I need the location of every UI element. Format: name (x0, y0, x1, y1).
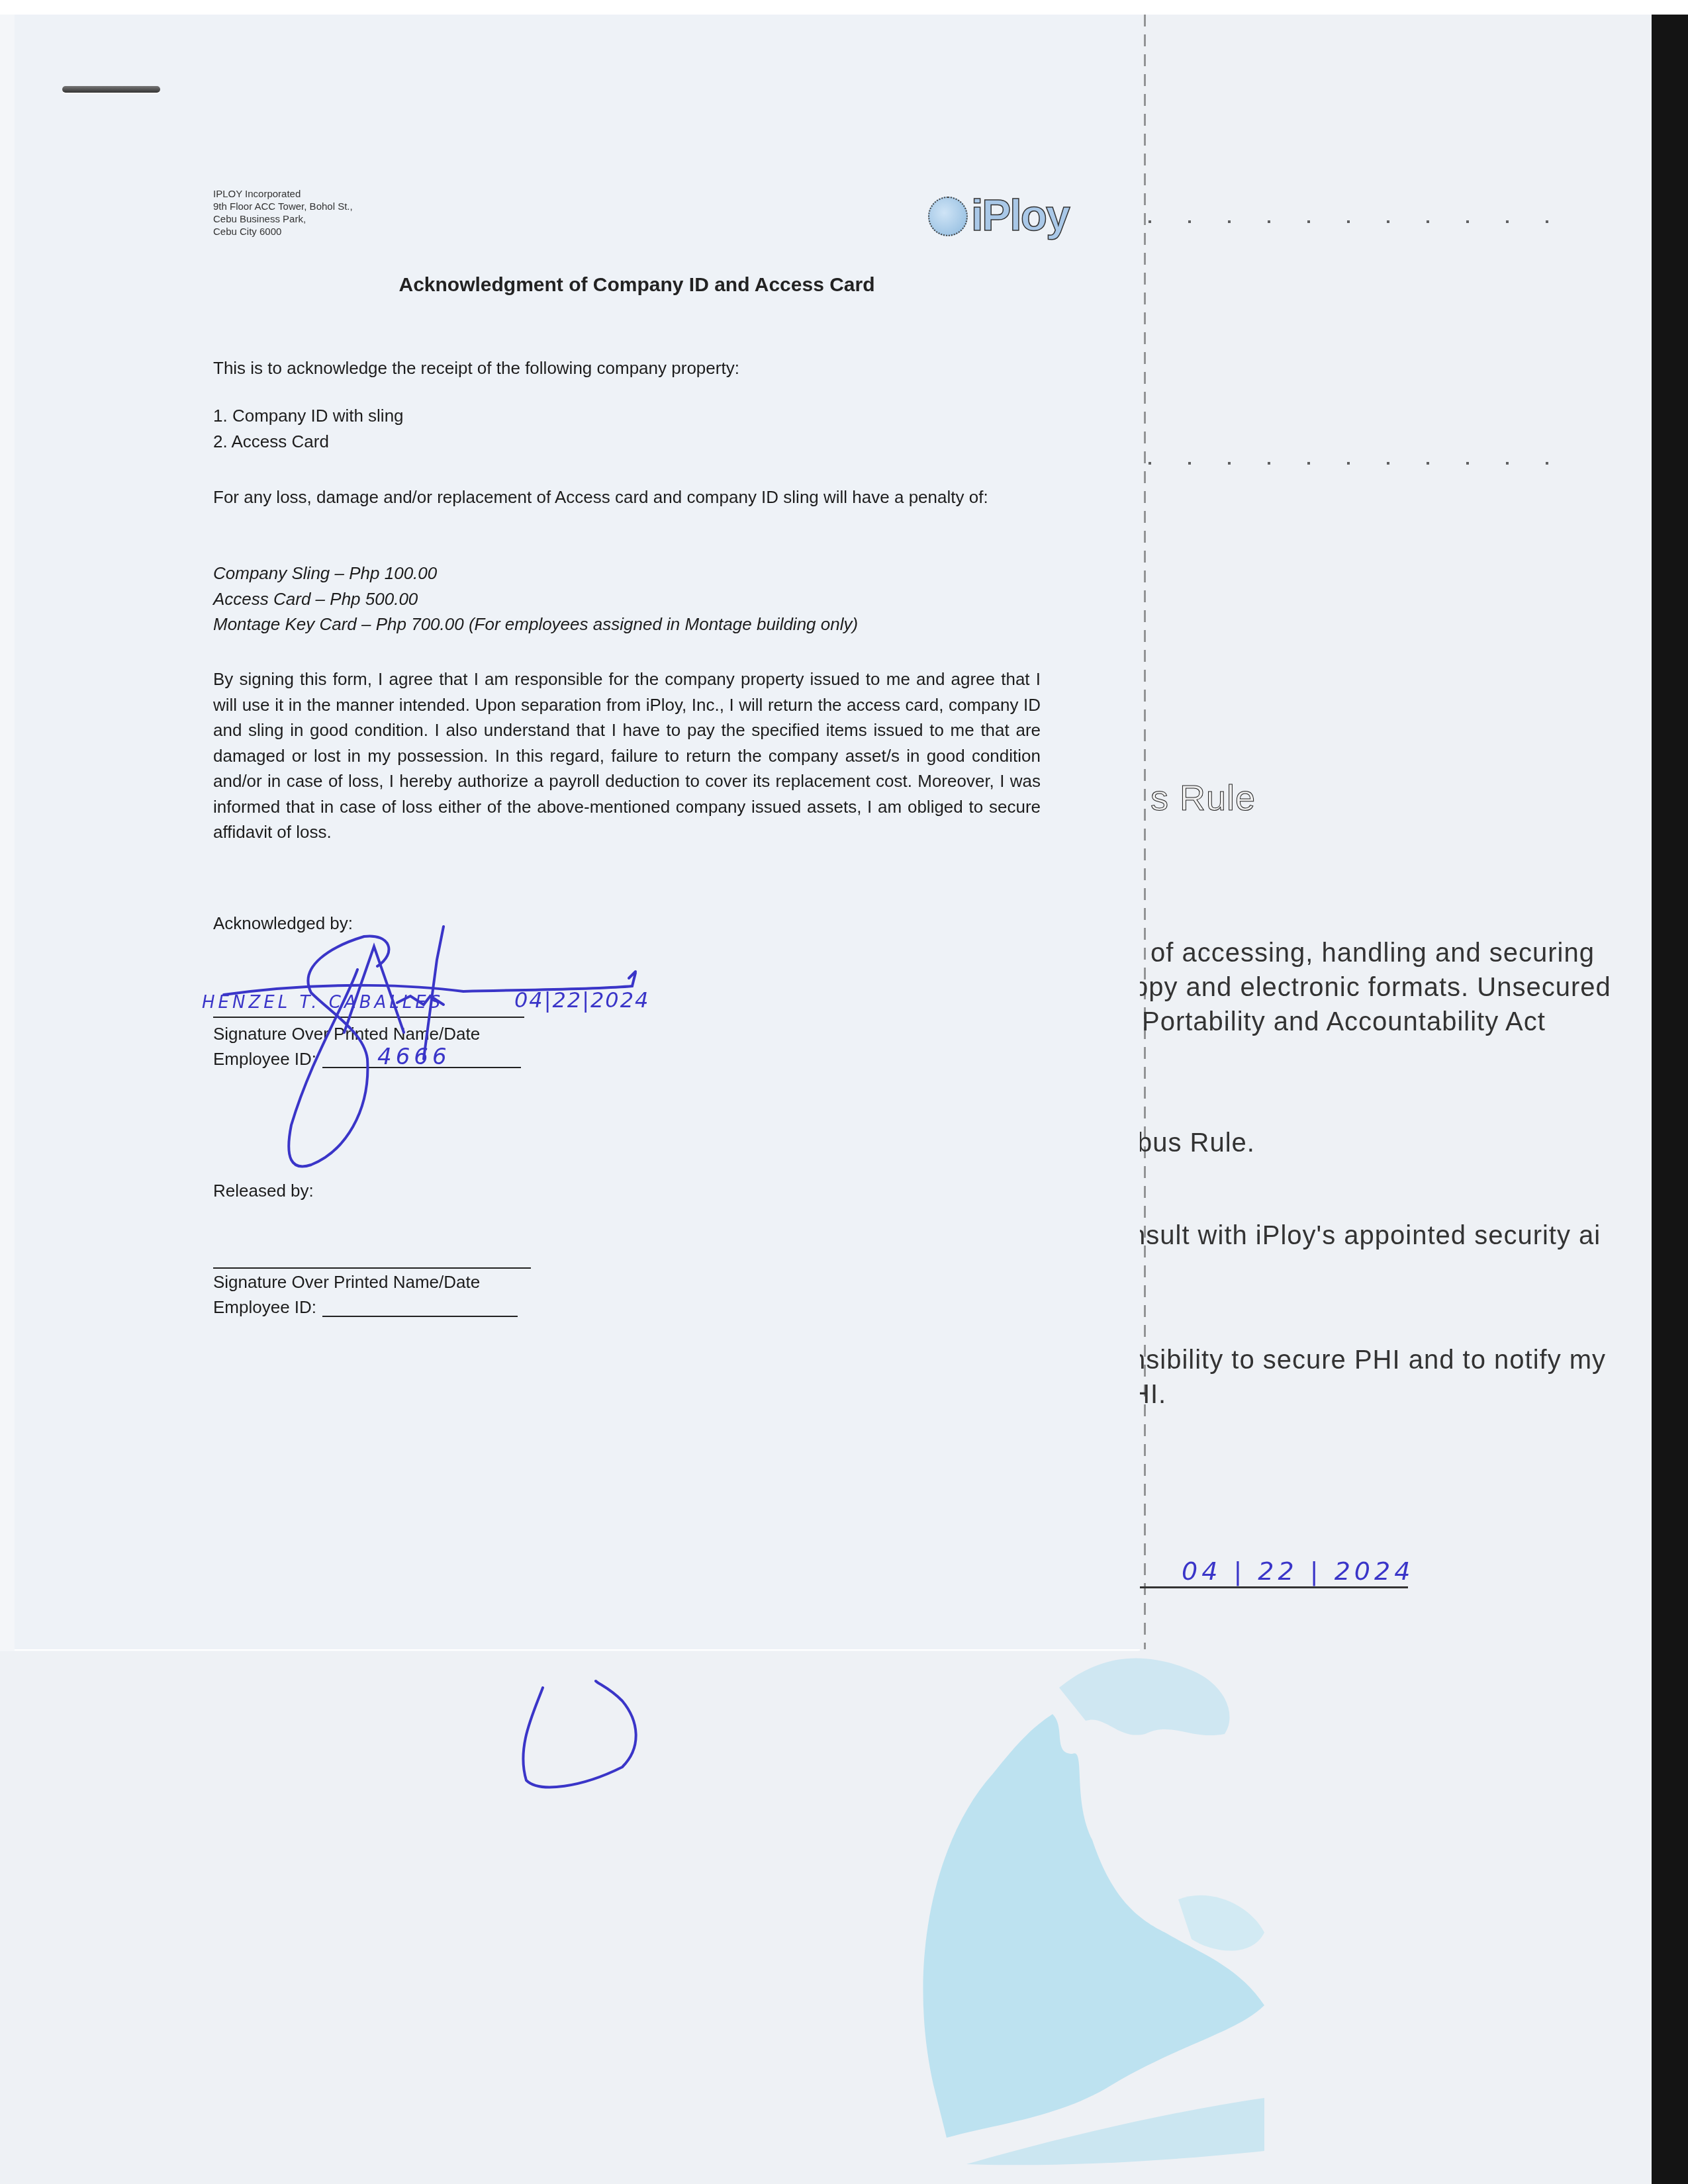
globe-logo-icon (928, 197, 968, 236)
underlying-line: nsult with iPloy's appointed security ai (1131, 1221, 1601, 1251)
property-item: 1. Company ID with sling (213, 403, 404, 429)
address-line: Cebu Business Park, (213, 213, 353, 226)
property-list: 1. Company ID with sling 2. Access Card (213, 403, 404, 454)
address-line: Cebu City 6000 (213, 226, 353, 238)
released-by-label: Released by: (213, 1181, 314, 1201)
handwritten-signature-date: 04|22|2024 (514, 987, 649, 1013)
penalty-item: Montage Key Card – Php 700.00 (For emplo… (213, 612, 858, 637)
company-address: IPLOY Incorporated 9th Floor ACC Tower, … (213, 188, 353, 238)
underlying-line: of accessing, handling and securing (1150, 938, 1595, 968)
underlying-heading-fragment: s Rule (1150, 778, 1256, 819)
acknowledged-employee-id-label: Employee ID: (213, 1049, 316, 1069)
penalty-item: Access Card – Php 500.00 (213, 586, 858, 612)
handwritten-employee-id: 4666 (377, 1044, 451, 1070)
company-logo: iPloy (928, 190, 1100, 243)
acknowledged-signature-caption: Signature Over Printed Name/Date (213, 1024, 480, 1044)
penalty-statement: For any loss, damage and/or replacement … (213, 484, 1047, 510)
form-title: Acknowledgment of Company ID and Access … (213, 274, 1047, 296)
scan-top-margin (0, 0, 1688, 15)
scanner-black-edge (1652, 15, 1688, 2184)
underlying-line: Portability and Accountability Act (1142, 1007, 1546, 1037)
acknowledgment-form-page: IPLOY Incorporated 9th Floor ACC Tower, … (15, 15, 1140, 1649)
property-item: 2. Access Card (213, 429, 404, 455)
faint-text-dots (1149, 462, 1559, 465)
released-employee-id-label: Employee ID: (213, 1297, 316, 1318)
penalty-list: Company Sling – Php 100.00 Access Card –… (213, 561, 858, 637)
underlying-date-line (1140, 1586, 1408, 1588)
faint-text-dots (1149, 220, 1559, 223)
underlying-line: nsibility to secure PHI and to notify my (1131, 1345, 1606, 1375)
underlying-handwritten-date: 04 | 22 | 2024 (1182, 1557, 1414, 1586)
acknowledged-by-label: Acknowledged by: (213, 913, 353, 934)
penalty-item: Company Sling – Php 100.00 (213, 561, 858, 586)
address-line: 9th Floor ACC Tower, Bohol St., (213, 201, 353, 213)
agreement-paragraph: By signing this form, I agree that I am … (213, 666, 1041, 845)
address-line: IPLOY Incorporated (213, 188, 353, 201)
intro-text: This is to acknowledge the receipt of th… (213, 355, 739, 381)
staple-icon (62, 86, 160, 93)
logo-text: iPloy (971, 190, 1069, 240)
released-signature-line (213, 1267, 531, 1269)
acknowledged-signature-line (213, 1017, 524, 1018)
underlying-line: ibus Rule. (1131, 1128, 1255, 1158)
underlying-line: ppy and electronic formats. Unsecured (1133, 973, 1611, 1003)
handwritten-printed-name: HENZEL T. CABALLES (202, 993, 444, 1013)
released-signature-caption: Signature Over Printed Name/Date (213, 1272, 480, 1293)
released-employee-id-line (322, 1316, 518, 1317)
globe-watermark-icon (894, 1621, 1489, 2184)
